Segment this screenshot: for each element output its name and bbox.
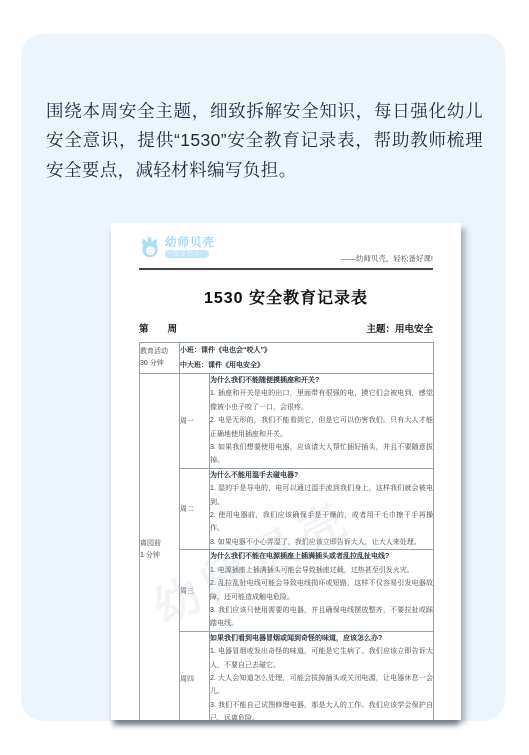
item: 3. 如果我们想要使用电器，应该请大人帮忙插好插头，并且不要随意拔掉。 — [210, 441, 433, 468]
record-table: 教育活动 30 分钟 小班：课件《电也会“咬人”》 中大班：课件《用电安全》 离… — [139, 342, 434, 720]
intro-text: 围绕本周安全主题，细致拆解安全知识，每日强化幼儿安全意识，提供“1530”安全教… — [21, 52, 505, 186]
item: 3. 我们应该只使用需要的电器，并且确保电线摆放整齐，不要拉扯或踩踏电线。 — [210, 604, 433, 631]
table-row-monday: 离园前 1 分钟 周一 为什么我们不能随便摸插座和开关? 1. 插座和开关是电的… — [140, 374, 434, 469]
day-label-wednesday: 周三 — [180, 550, 210, 631]
question-tuesday: 为什么不能用湿手去碰电器? — [210, 469, 433, 482]
item: 2. 大人会知道怎么处理，可能会拔掉插头或关闭电源，让电器休息一会儿。 — [210, 672, 433, 699]
section-label-line1: 离园前 — [140, 538, 179, 550]
document-title: 1530 安全教育记录表 — [111, 285, 461, 308]
day-label-thursday: 周四 — [180, 631, 210, 720]
section-label-line2: 1 分钟 — [140, 550, 179, 562]
item: 1. 湿的手是导电的，电可以通过湿手流到我们身上，这样我们就会被电到。 — [210, 482, 433, 509]
item: 3. 如果电器不小心弄湿了，我们应该立即告诉大人，让大人来处理。 — [210, 536, 433, 549]
question-wednesday: 为什么我们不能在电源插座上插满插头或者乱拉乱扯电线? — [210, 550, 433, 563]
content-thursday: 如果我们看到电器冒烟或闻到奇怪的味道，应该怎么办? 1. 电器冒烟或发出奇怪的味… — [210, 631, 434, 720]
meta-row: 第 周 主题：用电安全 — [139, 321, 433, 335]
item: 1. 电源插座上插满插头可能会导致插座过载，过热甚至引发火灾。 — [210, 564, 433, 577]
app-background: { "colors": { "card_bg": "#ECF4FC", "int… — [0, 0, 529, 755]
section-label-cell: 离园前 1 分钟 — [140, 374, 180, 721]
question-monday: 为什么我们不能随便摸插座和开关? — [210, 374, 433, 387]
question-thursday: 如果我们看到电器冒烟或闻到奇怪的味道，应该怎么办? — [210, 632, 433, 645]
document-page: 幼师贝壳 幼师贝壳 ·宝宝巴士· — [111, 223, 461, 720]
item: 2. 乱拉乱扯电线可能会导致电线损坏或短路，这样不仅容易引发电器故障，还可能造成… — [210, 577, 433, 604]
item: 2. 使用电器前，我们应该确保手是干燥的，或者用干毛巾擦干手再操作。 — [210, 509, 433, 536]
activity-row-small-class: 小班：课件《电也会“咬人”》 — [180, 343, 433, 358]
activity-label-cell: 教育活动 30 分钟 — [140, 343, 180, 374]
table-row-activity: 教育活动 30 分钟 小班：课件《电也会“咬人”》 中大班：课件《用电安全》 — [140, 343, 434, 374]
content-wednesday: 为什么我们不能在电源插座上插满插头或者乱拉乱扯电线? 1. 电源插座上插满插头可… — [210, 550, 434, 631]
day-label-monday: 周一 — [180, 374, 210, 469]
week-label: 第 周 — [139, 321, 177, 335]
item: 3. 我们不能自己试图修理电器，那是大人的工作。我们应该学会保护自己，远离危险。 — [210, 699, 433, 720]
table-row-tuesday: 周二 为什么不能用湿手去碰电器? 1. 湿的手是导电的，电可以通过湿手流到我们身… — [140, 468, 434, 549]
shell-hand-icon — [139, 236, 162, 259]
table-row-thursday: 周四 如果我们看到电器冒烟或闻到奇怪的味道，应该怎么办? 1. 电器冒烟或发出奇… — [140, 631, 434, 720]
activity-row-big-class: 中大班：课件《用电安全》 — [180, 358, 433, 373]
item: 2. 电是无形的，我们不能看到它，但是它可以伤害我们。只有大人才能正确地使用插座… — [210, 414, 433, 441]
document-header: 幼师贝壳 ·宝宝巴士· ——幼师贝壳，轻松备好课! — [139, 223, 433, 270]
brand-logo: 幼师贝壳 ·宝宝巴士· — [139, 236, 215, 259]
brand-name: 幼师贝壳 — [165, 237, 215, 249]
item: 1. 电器冒烟或发出奇怪的味道，可能是它生病了。我们应该立即告诉大人，不要自己去… — [210, 645, 433, 672]
activity-label-line1: 教育活动 — [140, 346, 179, 358]
brand-badge: ·宝宝巴士· — [165, 250, 209, 258]
activity-content-cell: 小班：课件《电也会“咬人”》 中大班：课件《用电安全》 — [180, 343, 434, 374]
item: 1. 插座和开关是电的出口，里面带有很强的电，摸它们会被电到，感觉像被小虫子咬了… — [210, 387, 433, 414]
content-tuesday: 为什么不能用湿手去碰电器? 1. 湿的手是导电的，电可以通过湿手流到我们身上，这… — [210, 468, 434, 549]
topic-label: 主题：用电安全 — [366, 321, 433, 335]
content-card: 围绕本周安全主题，细致拆解安全知识，每日强化幼儿安全意识，提供“1530”安全教… — [21, 34, 505, 721]
brand-tagline: ——幼师贝壳，轻松备好课! — [341, 253, 433, 264]
activity-label-line2: 30 分钟 — [140, 358, 179, 370]
day-label-tuesday: 周二 — [180, 468, 210, 549]
table-row-wednesday: 周三 为什么我们不能在电源插座上插满插头或者乱拉乱扯电线? 1. 电源插座上插满… — [140, 550, 434, 631]
content-monday: 为什么我们不能随便摸插座和开关? 1. 插座和开关是电的出口，里面带有很强的电，… — [210, 374, 434, 469]
